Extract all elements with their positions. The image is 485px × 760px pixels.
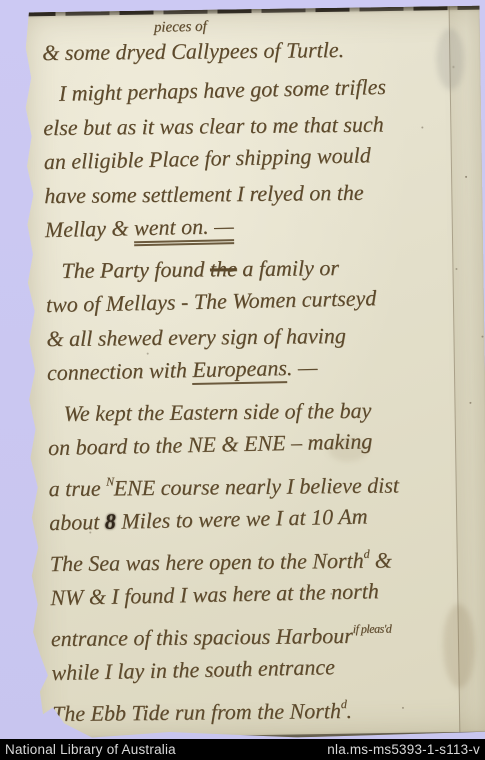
manuscript-word-segment: entrance of this spacious Harbour	[51, 623, 353, 651]
manuscript-word-segment: The Party found	[61, 256, 210, 283]
manuscript-word-segment: ENE course nearly I believe dist	[114, 472, 400, 500]
manuscript-word-segment: a family or	[237, 255, 339, 281]
manuscript-word-segment: The Ebb Tide run from the North	[52, 698, 341, 726]
manuscript-word-segment: Miles to were we I at 10 Am	[116, 503, 368, 533]
manuscript-word-segment: N	[106, 474, 114, 488]
manuscript-word-segment: the	[210, 256, 237, 281]
manuscript-line: & some dryed Callypees of Turtle.	[42, 32, 474, 71]
manuscript-text: pieces of& some dryed Callypees of Turtl…	[42, 14, 485, 741]
manuscript-line: I might perhaps have got some trifles	[42, 68, 475, 111]
manuscript-word-segment: else but as it was clear to me that such	[43, 112, 384, 141]
manuscript-scan: pieces of& some dryed Callypees of Turtl…	[0, 0, 485, 760]
manuscript-page: pieces of& some dryed Callypees of Turtl…	[22, 6, 485, 742]
catalog-reference: nla.ms-ms5393-1-s113-v	[327, 742, 480, 757]
manuscript-word-segment: NW & I found I was here at the north	[50, 578, 379, 610]
manuscript-word-segment: if pleas'd	[353, 622, 392, 636]
manuscript-word-segment: an elligible Place for shipping would	[44, 142, 371, 174]
catalog-bar: National Library of Australia nla.ms-ms5…	[0, 739, 485, 760]
manuscript-word-segment: a true	[49, 475, 107, 501]
manuscript-word-segment: about	[49, 509, 105, 535]
manuscript-word-segment: 8	[105, 509, 117, 534]
manuscript-word-segment: Mellay &	[45, 215, 135, 242]
manuscript-word-segment: &	[369, 547, 392, 572]
manuscript-word-segment: Europeans	[192, 355, 287, 385]
manuscript-word-segment: have some settlement I relyed on the	[44, 180, 364, 208]
manuscript-word-segment: while I lay in the south entrance	[51, 654, 335, 685]
manuscript-word-segment: on board to the NE & ENE – making	[48, 428, 373, 460]
manuscript-word-segment: . —	[287, 354, 318, 380]
manuscript-word-segment: went on. —	[134, 213, 234, 246]
manuscript-word-segment: & all shewed every sign of having	[46, 323, 346, 351]
manuscript-word-segment: I might perhaps have got some trifles	[59, 74, 387, 106]
manuscript-word-segment: two of Mellays - The Women curtseyd	[46, 285, 377, 317]
manuscript-word-segment: The Sea was here open to the North	[50, 548, 364, 576]
manuscript-word-segment: .	[346, 698, 352, 723]
paper-speckles	[22, 12, 24, 14]
manuscript-line: The Ebb Tide run from the Northd.	[52, 686, 484, 732]
manuscript-word-segment: connection with	[47, 357, 193, 385]
manuscript-word-segment: We kept the Eastern side of the bay	[63, 398, 371, 426]
manuscript-word-segment: pieces of	[154, 19, 207, 36]
library-name: National Library of Australia	[5, 742, 176, 757]
manuscript-word-segment: & some dryed Callypees of Turtle.	[42, 37, 344, 65]
